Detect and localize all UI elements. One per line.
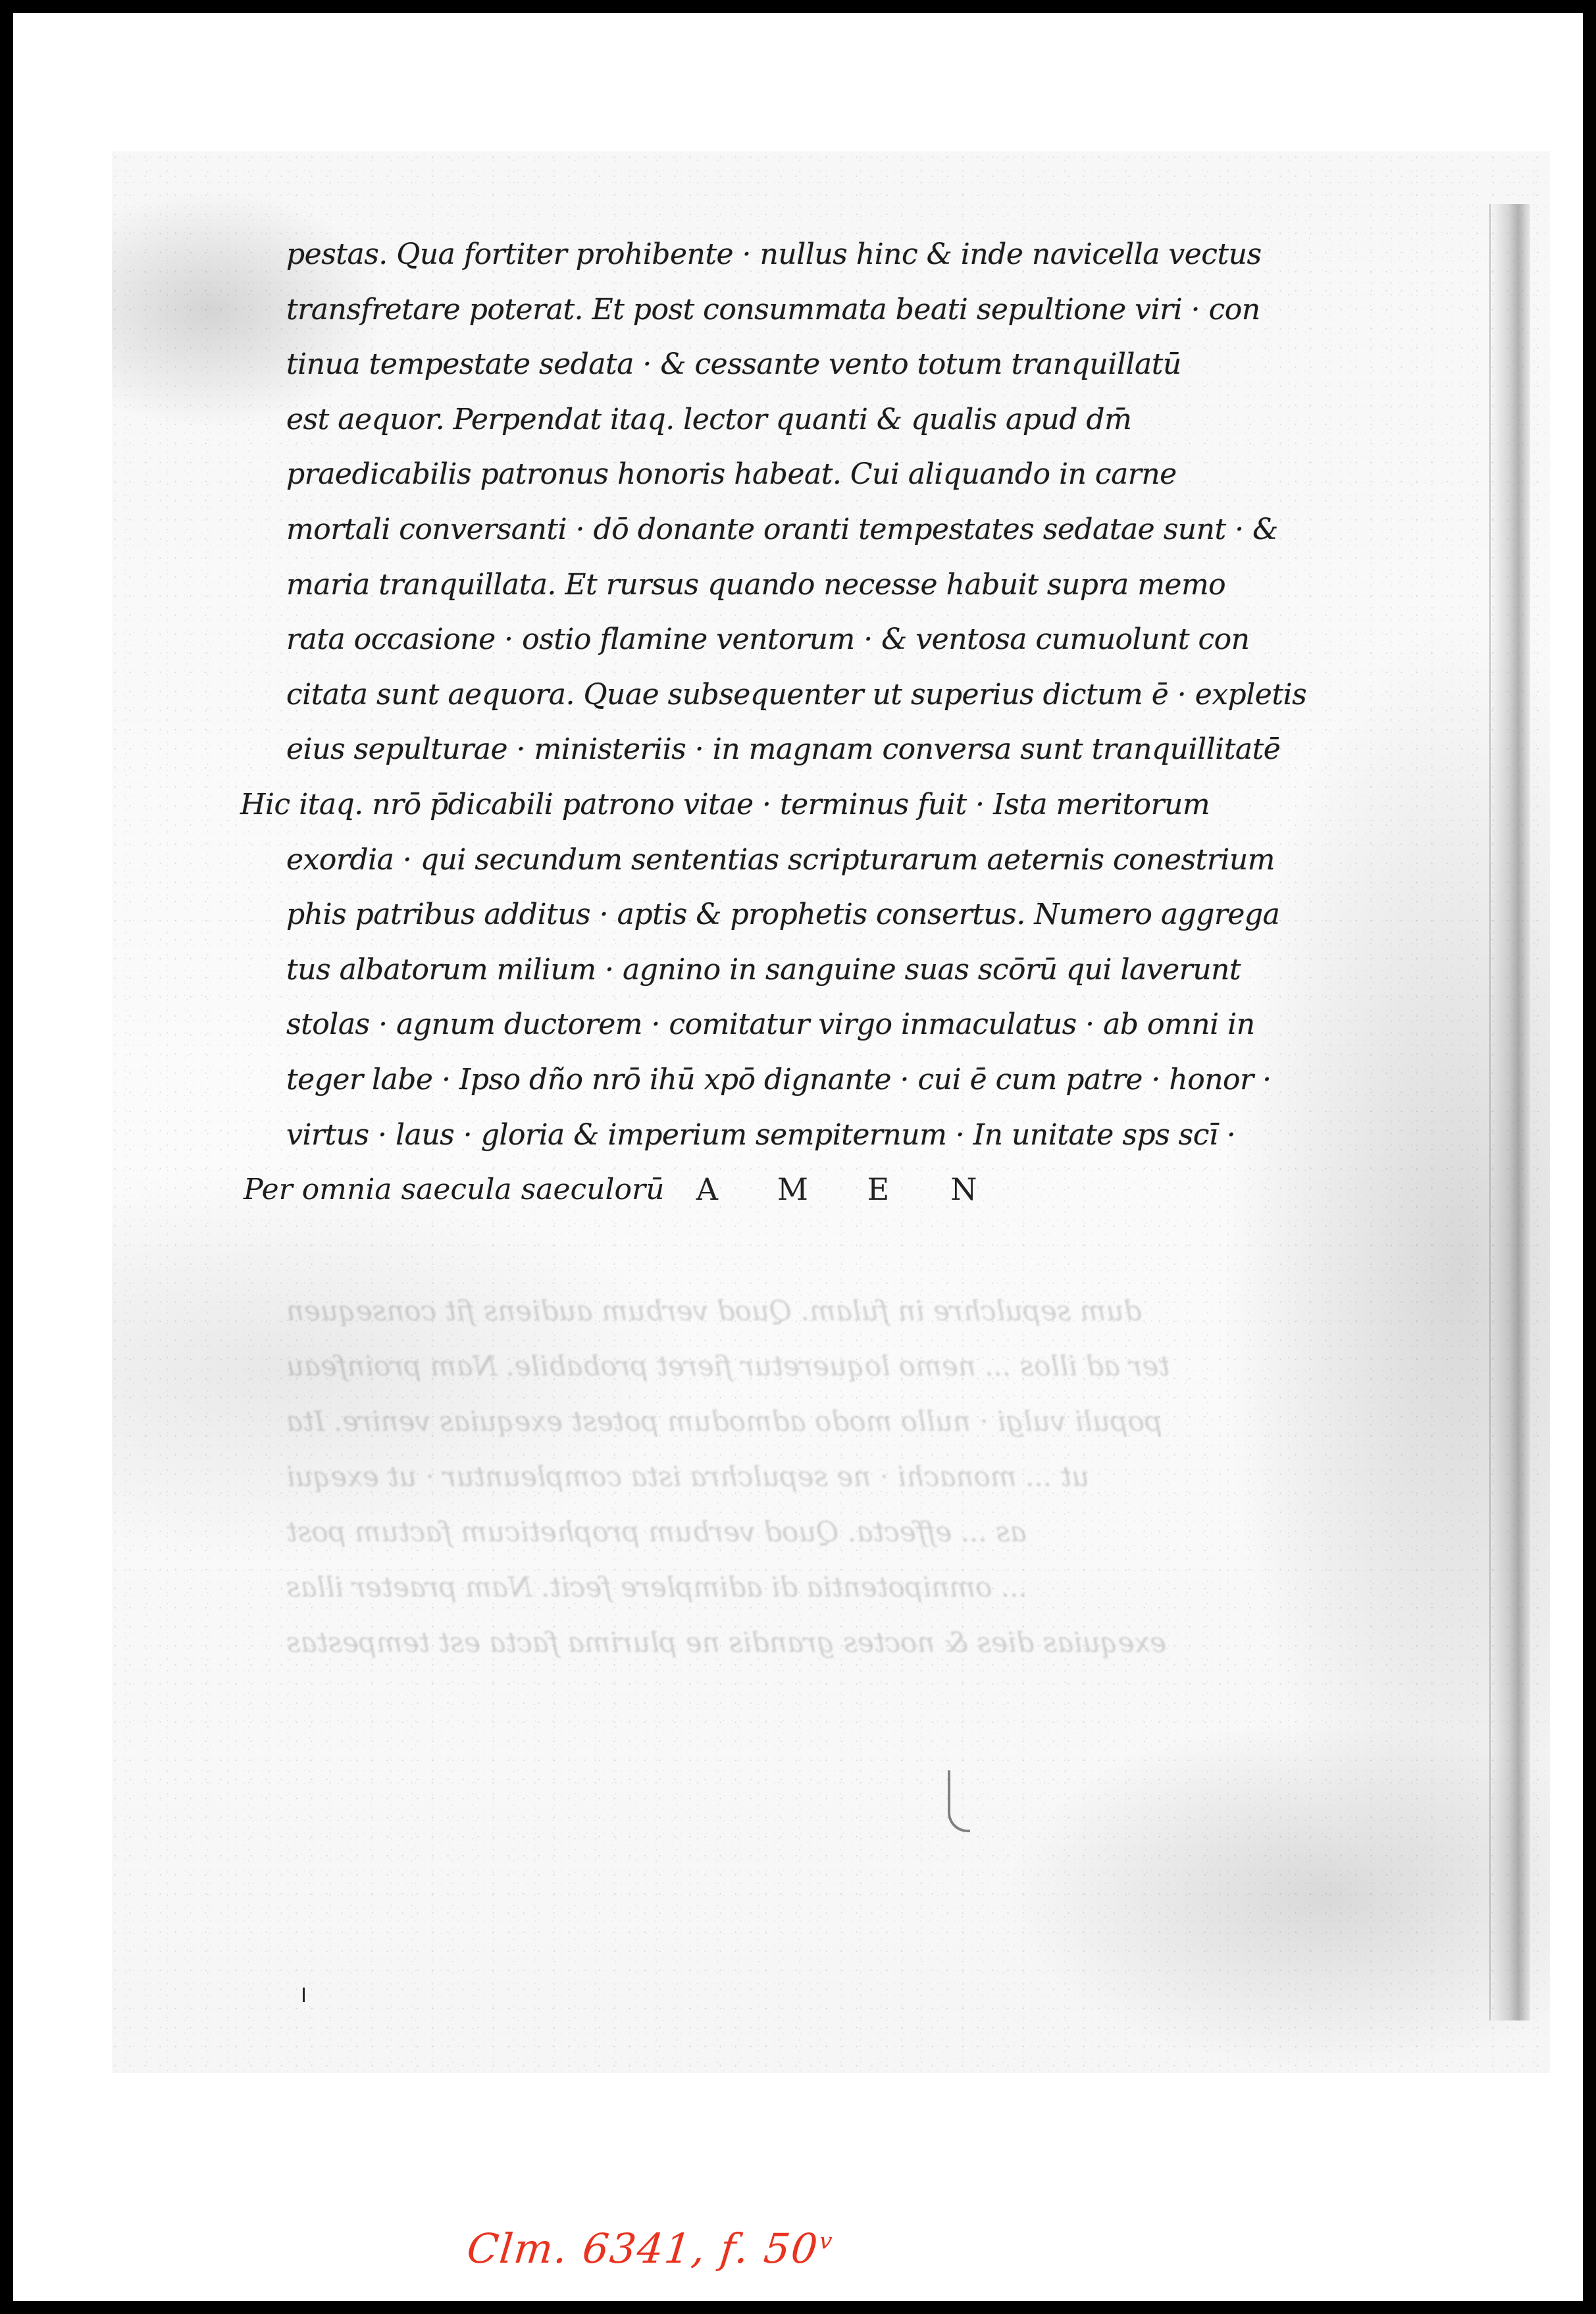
- text-line: pestas. Qua fortiter prohibente · nullus…: [286, 227, 1445, 282]
- text-line: citata sunt aequora. Quae subsequenter u…: [286, 667, 1445, 723]
- shelfmark-annotation: Clm. 6341, f. 50v: [465, 2224, 835, 2273]
- text-line: eius sepulturae · ministeriis · in magna…: [286, 722, 1445, 777]
- text-line: transfretare poterat. Et post consummata…: [286, 282, 1445, 338]
- text-line: virtus · laus · gloria & imperium sempit…: [286, 1108, 1445, 1163]
- text-line: mortali conversanti · dō donante oranti …: [286, 502, 1445, 557]
- shelfmark-text: Clm. 6341, f. 50: [465, 2224, 821, 2273]
- text-line: tus albatorum milium · agnino in sanguin…: [286, 942, 1445, 998]
- text-line: phis patribus additus · aptis & propheti…: [286, 887, 1445, 942]
- main-text-block: pestas. Qua fortiter prohibente · nullus…: [286, 227, 1445, 1218]
- show-through-text: dum sepulchre in fulam. Quod verbum audi…: [286, 1283, 1445, 1670]
- ghost-line: ter ad illos ... nemo loqueretur fieret …: [286, 1339, 1445, 1394]
- ghost-line: ... omnipotentia di adimplere fecit. Nam…: [286, 1560, 1445, 1615]
- amen-letter-a: A: [664, 1162, 750, 1218]
- folio-side: v: [818, 2228, 835, 2254]
- amen-letter-m: M: [750, 1162, 835, 1218]
- amen-letter-n: N: [921, 1162, 1006, 1218]
- text-line: rata occasione · ostio flamine ventorum …: [286, 612, 1445, 667]
- photo-frame: dum sepulchre in fulam. Quod verbum audi…: [13, 13, 1583, 2301]
- stray-ink-mark: [303, 1988, 305, 2002]
- page-edge-gutter: [1489, 204, 1530, 2020]
- closing-doxology: Per omnia saecula saeculorū A M E N: [244, 1162, 1445, 1218]
- ghost-line: populi vulgi · nullo modo admodum potest…: [286, 1394, 1445, 1449]
- text-line: stolas · agnum ductorem · comitatur virg…: [286, 997, 1445, 1052]
- ghost-line: dum sepulchre in fulam. Quod verbum audi…: [286, 1283, 1445, 1339]
- text-line: exordia · qui secundum sententias script…: [286, 833, 1445, 888]
- text-line: tinua tempestate sedata · & cessante ven…: [286, 337, 1445, 392]
- text-line-initial: Hic itaq. nrō p̄dicabili patrono vitae ·…: [240, 777, 1445, 833]
- text-line: praedicabilis patronus honoris habeat. C…: [286, 447, 1445, 502]
- ghost-line: ut ... monachi · ne sepulchra ista compl…: [286, 1449, 1445, 1504]
- text-line: teger labe · Ipso dño nrō ihū xpō dignan…: [286, 1052, 1445, 1108]
- amen-letter-e: E: [835, 1162, 921, 1218]
- descender-flourish: [948, 1770, 970, 1832]
- text-line: est aequor. Perpendat itaq. lector quant…: [286, 392, 1445, 448]
- closing-text: Per omnia saecula saeculorū: [244, 1162, 664, 1218]
- ghost-line: exequias dies & noctes grandis ne plurim…: [286, 1615, 1445, 1670]
- text-line: maria tranquillata. Et rursus quando nec…: [286, 557, 1445, 613]
- ghost-line: as ... effecta. Quod verbum propheticum …: [286, 1504, 1445, 1560]
